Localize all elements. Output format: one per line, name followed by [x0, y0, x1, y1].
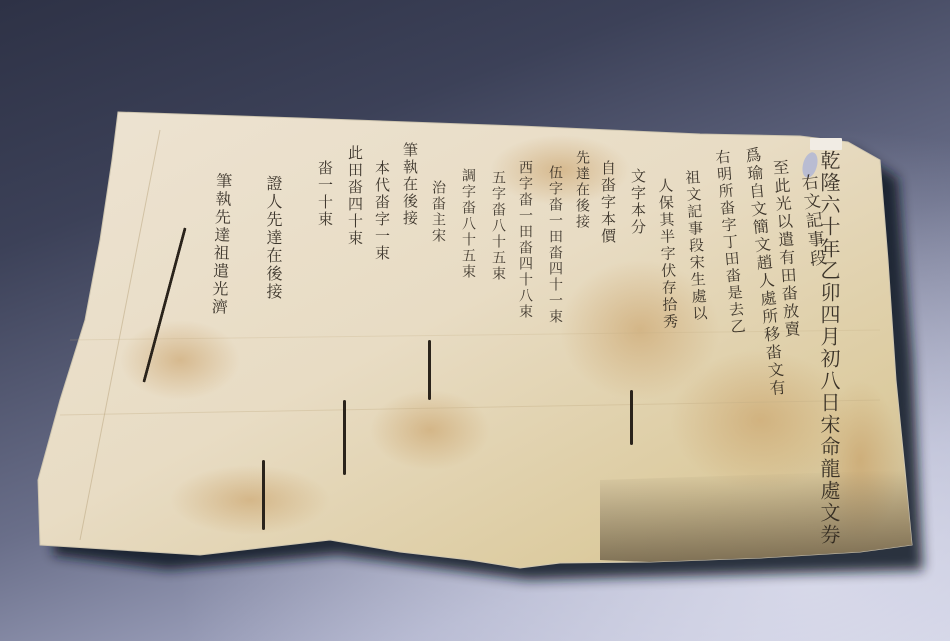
text-columns: 乾隆六十年乙卯四月初八日宋命龍處文券 右文記事段 至此光以遣有田畓放賣 爲瑜自文…	[0, 0, 950, 641]
text-column: 治畓主宋	[428, 180, 448, 244]
text-column: 五字畓八十五束	[488, 170, 508, 282]
text-column: 祖文記事段宋生處以	[682, 169, 711, 323]
signature-stroke	[262, 460, 265, 530]
document-photo: 乾隆六十年乙卯四月初八日宋命龍處文券 右文記事段 至此光以遣有田畓放賣 爲瑜自文…	[0, 0, 950, 641]
signature-stroke	[630, 390, 633, 445]
text-column: 文字本分	[628, 168, 649, 236]
text-column: 證人先達在後接	[262, 175, 285, 301]
text-column: 筆執先達祖遣光濟	[207, 172, 235, 317]
text-column: 此田畓四十束	[345, 145, 366, 247]
signature-stroke	[343, 400, 346, 475]
signature-stroke	[428, 340, 431, 400]
text-column: 西字畓一田畓四十八束	[515, 160, 535, 320]
text-column: 人保其半字伏存拾秀	[655, 177, 681, 331]
text-column: 調字畓八十五束	[458, 168, 478, 280]
text-column: 畓一十束	[315, 160, 336, 228]
text-column: 伍字畓一田畓四十一束	[545, 165, 565, 325]
text-column: 自畓字本價	[598, 160, 619, 245]
text-column: 本代畓字一束	[372, 160, 393, 262]
text-column: 筆執在後接	[400, 142, 421, 227]
text-column: 先達在後接	[572, 150, 592, 230]
